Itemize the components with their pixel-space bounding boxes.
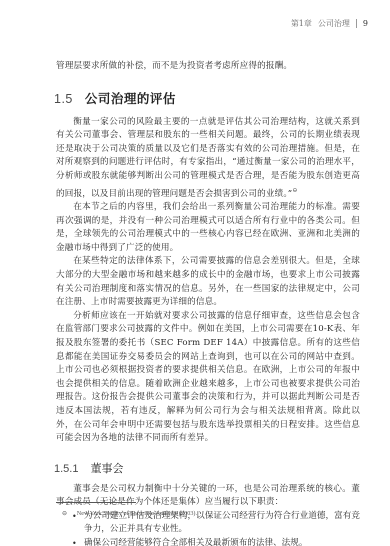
section-heading: 1.5公司治理的评估: [54, 89, 360, 107]
header-divider: [356, 19, 357, 28]
section-paragraph-4: 分析师应该在一开始就对要求公司披露的信息仔细审查，这些信息会包含在监管部门要求公…: [56, 310, 360, 446]
section-number: 1.5: [54, 92, 73, 106]
page-number: 9: [363, 19, 368, 28]
footnote-reference[interactable]: ⊖: [292, 187, 297, 194]
list-item: • 确保公司经营能够符合全部相关及最新颁布的法律、法规。: [56, 537, 360, 546]
section-title: 公司治理的评估: [85, 91, 176, 106]
intro-line: 管理层要求所做的补偿，而不是为投资者考虑所应得的报酬。: [56, 60, 360, 74]
footnote: ⊖ New York Society of Securities Analyst…: [62, 510, 197, 517]
page-body: 管理层要求所做的补偿，而不是为投资者考虑所应得的报酬。 1.5公司治理的评估 衡…: [56, 60, 360, 546]
subsection-number: 1.5.1: [54, 463, 78, 475]
subsection-paragraph: 董事会是公司权力制衡中十分关键的一环，也是公司治理系统的核心。董事会成员（无论是…: [56, 483, 360, 510]
section-paragraph-1: 衡量一家公司的风险最主要的一点就是评估其公司治理结构，这就关系到有关公司董事会、…: [56, 116, 360, 201]
running-header: 第1章 公司治理 9: [291, 18, 368, 29]
section-paragraph-2: 在本节之后的内容里，我们会给出一系列衡量公司治理能力的标准。需要再次强调的是，并…: [56, 201, 360, 255]
bullet-icon: •: [72, 537, 77, 546]
chapter-title: 公司治理: [318, 18, 350, 29]
chapter-label: 第1章: [291, 18, 312, 29]
subsection-title: 董事会: [90, 462, 123, 475]
footnote-text: New York Society of Securities Analysts …: [77, 510, 197, 517]
subsection-heading: 1.5.1董事会: [54, 460, 360, 476]
footnote-divider: [56, 502, 136, 503]
section-paragraph-3: 在某些特定的法律体系下，公司需要披露的信息会差别很大。但是，全球大部分的大型金融…: [56, 255, 360, 309]
footnote-mark: ⊖: [62, 510, 67, 517]
